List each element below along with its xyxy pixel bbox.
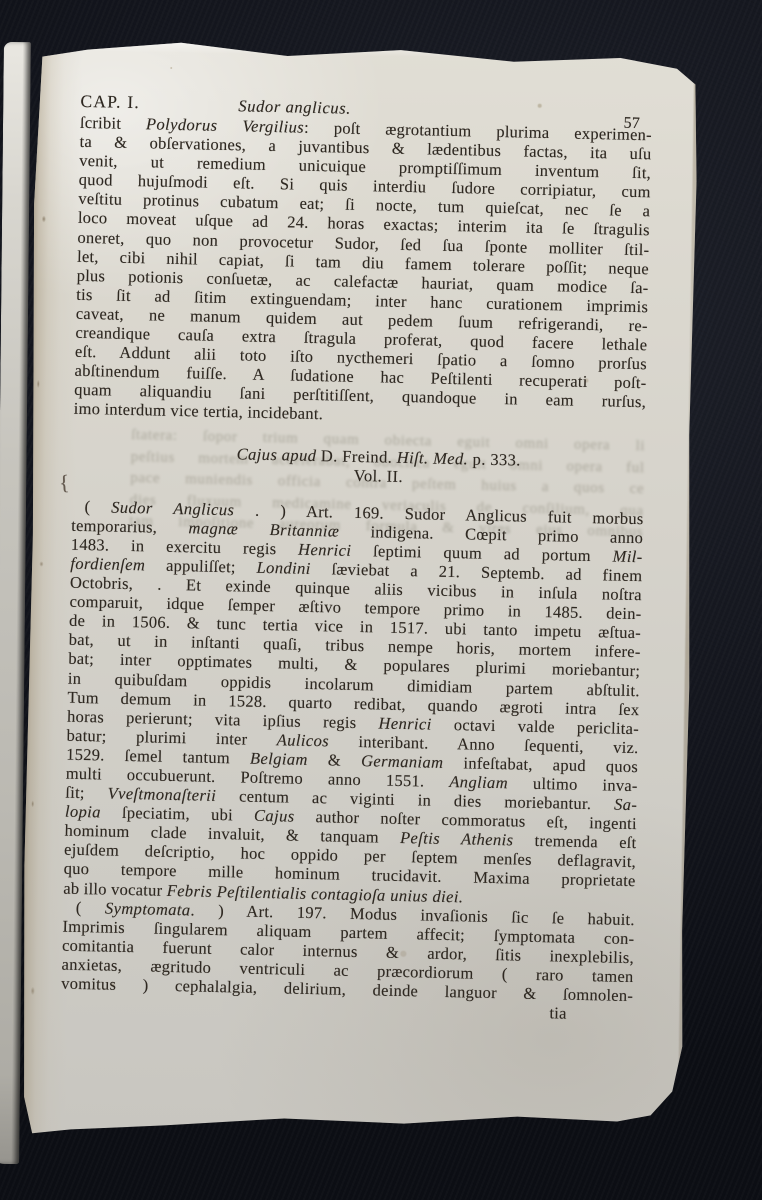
paragraph-2: ( Sudor Anglicus . ) Art. 169. Sudor Ang… [63,496,644,909]
printed-text-block: ſtatera: ſopor trium quam obiecta eguit … [61,94,653,1024]
citation-block: Cajus apud D. Freind. Hiſt. Med. p. 333.… [112,441,645,491]
book-page-photo: ſtatera: ſopor trium quam obiecta eguit … [17,39,700,1151]
stray-ink-mark: { [59,473,71,493]
page-number: 57 [623,114,640,133]
chapter-label: CAP. I. [80,92,140,112]
running-title: Sudor anglicus. [238,96,351,118]
paragraph-3: ( Symptomata. ) Art. 197. Modus invaſion… [61,897,635,1005]
paragraph-1: ſcribit Polydorus Vergilius: poſt ægrota… [74,113,653,431]
